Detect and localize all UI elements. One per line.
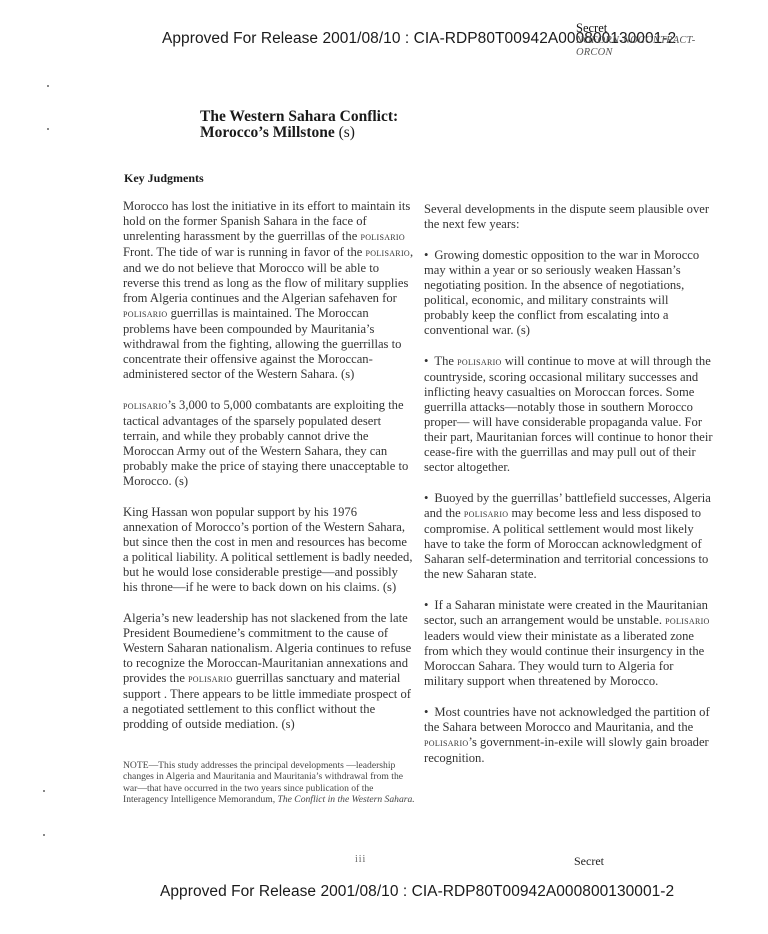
release-stamp-bottom: Approved For Release 2001/08/10 : CIA-RD…: [160, 883, 674, 901]
right-column: Several developments in the dispute seem…: [424, 202, 716, 782]
paragraph: King Hassan won popular support by his 1…: [123, 505, 415, 595]
classification-suffix: (s): [335, 124, 355, 141]
paragraph: Algeria’s new leadership has not slacken…: [123, 611, 415, 732]
bullet-icon: •: [424, 248, 428, 262]
section-heading: Key Judgments: [124, 171, 204, 186]
bullet-item: •Growing domestic opposition to the war …: [424, 248, 716, 338]
classification-stamp-top: Secret: [576, 22, 607, 34]
control-marking-line: ORCON: [576, 47, 696, 59]
scan-speck: [47, 85, 49, 87]
title-text: Morocco’s Millstone: [200, 124, 335, 141]
bullet-icon: •: [424, 354, 428, 368]
scan-speck: [47, 128, 49, 130]
bullet-icon: •: [424, 598, 428, 612]
left-column: Morocco has lost the initiative in its e…: [123, 199, 415, 748]
footnote: NOTE—This study addresses the principal …: [123, 760, 415, 806]
scan-speck: [43, 834, 45, 836]
bullet-item: •Most countries have not acknowledged th…: [424, 705, 716, 766]
control-markings: NOFORN-NOCONTRACT- ORCON: [576, 35, 696, 59]
bullet-icon: •: [424, 705, 428, 719]
memo-title: The Conflict in the Western Sahara.: [278, 794, 415, 805]
document-title: The Western Sahara Conflict: Morocco’s M…: [200, 109, 398, 141]
title-line-1: The Western Sahara Conflict:: [200, 109, 398, 125]
page-number: iii: [355, 854, 366, 865]
paragraph: polisario’s 3,000 to 5,000 combatants ar…: [123, 398, 415, 489]
bullet-item: •The polisario will continue to move at …: [424, 354, 716, 475]
title-line-2: Morocco’s Millstone (s): [200, 125, 398, 141]
scan-speck: [43, 790, 45, 792]
bullet-icon: •: [424, 491, 428, 505]
bullet-item: •If a Saharan ministate were created in …: [424, 598, 716, 689]
control-marking-line: NOFORN-NOCONTRACT-: [576, 35, 696, 47]
classification-stamp-bottom: Secret: [574, 854, 604, 869]
paragraph: Morocco has lost the initiative in its e…: [123, 199, 415, 382]
paragraph: Several developments in the dispute seem…: [424, 202, 716, 232]
bullet-item: •Buoyed by the guerrillas’ battlefield s…: [424, 491, 716, 582]
